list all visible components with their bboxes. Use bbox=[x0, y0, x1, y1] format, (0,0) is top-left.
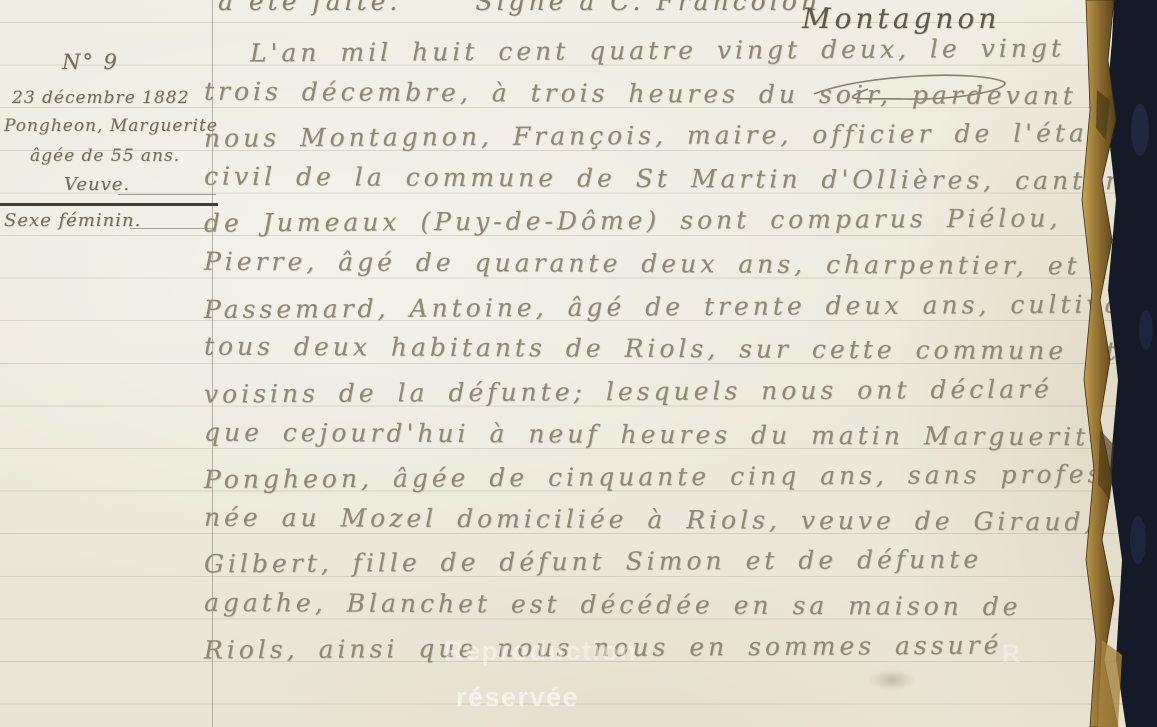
body-line: civil de la commune de St Martin d'Olliè… bbox=[204, 162, 1125, 196]
body-line: Pongheon, âgée de cinquante cinq ans, sa… bbox=[204, 459, 1157, 494]
body-line: tous deux habitants de Riols, sur cette … bbox=[204, 332, 1120, 366]
book-edge bbox=[1052, 0, 1157, 727]
margin-underline-veuve bbox=[118, 194, 216, 195]
body-line: que cejourd'hui à neuf heures du matin M… bbox=[204, 418, 1108, 452]
body-line: nous Montagnon, François, maire, officie… bbox=[204, 118, 1102, 152]
body-line: Pierre, âgé de quarante deux ans, charpe… bbox=[204, 247, 1081, 281]
pencil-smudge bbox=[860, 666, 924, 694]
watermark-line1: Reproduction bbox=[444, 636, 638, 667]
watermark-edge-fragment: R bbox=[1002, 640, 1022, 669]
margin-date: 23 décembre 1882 bbox=[12, 88, 189, 108]
mayor-signature: Montagnon bbox=[802, 2, 1000, 35]
watermark-line2: réservée bbox=[456, 682, 579, 713]
previous-act-fragment: a été faite.Signé a C. Francolon, bbox=[218, 0, 833, 16]
margin-marital-status: Veuve. bbox=[64, 174, 130, 195]
body-line: Passemard, Antoine, âgé de trente deux a… bbox=[204, 289, 1157, 324]
previous-act-signed-text: Signé a C. Francolon, bbox=[475, 0, 832, 16]
margin-heavy-rule bbox=[0, 203, 218, 206]
margin-age: âgée de 55 ans. bbox=[30, 146, 180, 166]
body-line: L'an mil huit cent quatre vingt deux, le… bbox=[250, 34, 1065, 68]
body-line: née au Mozel domiciliée à Riols, veuve d… bbox=[204, 503, 1097, 537]
margin-vertical-rule bbox=[212, 0, 213, 727]
margin-sex: Sexe féminin. bbox=[4, 210, 141, 231]
body-line: voisins de la défunte; lesquels nous ont… bbox=[204, 374, 1053, 408]
margin-act-number: N° 9 bbox=[62, 50, 119, 74]
body-line: agathe, Blanchet est décédée en sa maiso… bbox=[204, 588, 1022, 621]
previous-act-fragment-text: a été faite. bbox=[218, 0, 401, 16]
margin-deceased-name: Pongheon, Marguerite bbox=[4, 116, 218, 136]
body-line: Gilbert, fille de défunt Simon et de déf… bbox=[204, 545, 982, 579]
register-page: N° 9 23 décembre 1882 Pongheon, Margueri… bbox=[0, 0, 1157, 727]
body-line: de Jumeaux (Puy-de-Dôme) sont comparus P… bbox=[204, 203, 1062, 237]
body-line: trois décembre, à trois heures du soir, … bbox=[204, 77, 1077, 111]
